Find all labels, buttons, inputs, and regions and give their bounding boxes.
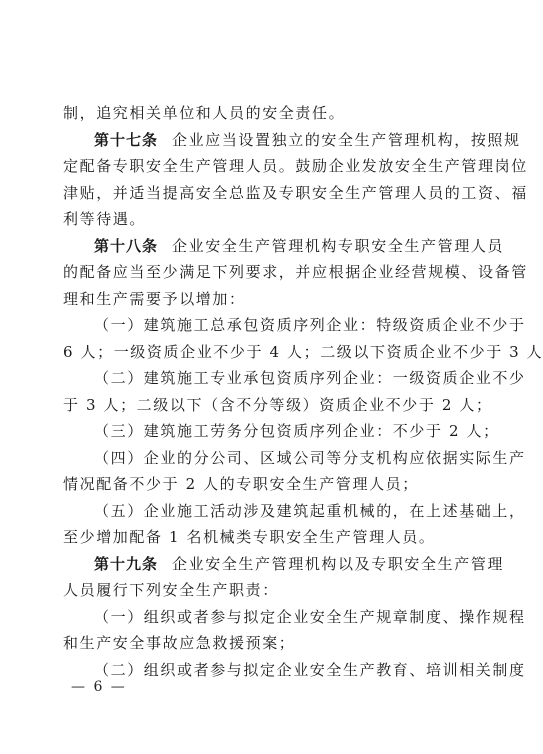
line-text: （五）企业施工活动涉及建筑起重机械的，在上述基础上， [94, 502, 526, 520]
document-page: 制，追究相关单位和人员的安全责任。 第十七条企业应当设置独立的安全生产管理机构，… [0, 0, 543, 754]
line-text: 的配备应当至少满足下列要求，并应根据企业经营规模、设备管 [63, 263, 528, 281]
line-text: 企业安全生产管理机构以及专职安全生产管理 [172, 555, 504, 573]
article-17-heading-line: 第十七条企业应当设置独立的安全生产管理机构，按照规 [94, 127, 471, 153]
text-line: 津贴，并适当提高安全总监及专职安全生产管理人员的工资、福 [63, 180, 471, 206]
text-line: 情况配备不少于 2 人的专职安全生产管理人员； [63, 471, 471, 497]
list-item-line: （二）组织或者参与拟定企业安全生产教育、培训相关制度 [94, 657, 471, 683]
line-text: 定配备专职安全生产管理人员。鼓励企业发放安全生产管理岗位 [63, 157, 528, 175]
text-line: 人员履行下列安全生产职责： [63, 577, 471, 603]
line-text: 和生产安全事故应急救援预案； [63, 634, 295, 652]
text-line: 至少增加配备 1 名机械类专职安全生产管理人员。 [63, 524, 471, 550]
text-line: 的配备应当至少满足下列要求，并应根据企业经营规模、设备管 [63, 259, 471, 285]
text-line: 定配备专职安全生产管理人员。鼓励企业发放安全生产管理岗位 [63, 153, 471, 179]
article-19-heading-line: 第十九条企业安全生产管理机构以及专职安全生产管理 [94, 551, 471, 577]
line-text: 制，追究相关单位和人员的安全责任。 [63, 104, 345, 122]
text-line: 制，追究相关单位和人员的安全责任。 [63, 100, 471, 126]
article-number: 第十九条 [94, 555, 158, 573]
line-text: （四）企业的分公司、区域公司等分支机构应依据实际生产 [94, 449, 526, 467]
text-line: 6 人；一级资质企业不少于 4 人；二级以下资质企业不少于 3 人； [63, 339, 471, 365]
line-text: （一）建筑施工总承包资质序列企业：特级资质企业不少于 [94, 316, 526, 334]
line-text: 利等待遇。 [63, 210, 146, 228]
line-text: 理和生产需要予以增加： [63, 290, 246, 308]
text-line: 于 3 人；二级以下（含不分等级）资质企业不少于 2 人； [63, 392, 471, 418]
line-text: 情况配备不少于 2 人的专职安全生产管理人员； [63, 475, 419, 493]
page-number: — 6 — [71, 677, 127, 697]
article-number: 第十七条 [94, 131, 158, 149]
line-text: 6 人；一级资质企业不少于 4 人；二级以下资质企业不少于 3 人； [63, 343, 543, 361]
line-text: 人员履行下列安全生产职责： [63, 581, 279, 599]
line-text: （三）建筑施工劳务分包资质序列企业：不少于 2 人； [94, 422, 500, 440]
line-text: 津贴，并适当提高安全总监及专职安全生产管理人员的工资、福 [63, 184, 528, 202]
text-line: 和生产安全事故应急救援预案； [63, 630, 471, 656]
text-line: 利等待遇。 [63, 206, 471, 232]
list-item-line: （二）建筑施工专业承包资质序列企业：一级资质企业不少 [94, 365, 471, 391]
list-item-line: （一）建筑施工总承包资质序列企业：特级资质企业不少于 [94, 312, 471, 338]
list-item-line: （五）企业施工活动涉及建筑起重机械的，在上述基础上， [94, 498, 471, 524]
line-text: 企业应当设置独立的安全生产管理机构，按照规 [172, 131, 521, 149]
line-text: （二）组织或者参与拟定企业安全生产教育、培训相关制度 [94, 661, 526, 679]
list-item-line: （三）建筑施工劳务分包资质序列企业：不少于 2 人； [94, 418, 471, 444]
list-item-line: （一）组织或者参与拟定企业安全生产规章制度、操作规程 [94, 604, 471, 630]
line-text: （二）建筑施工专业承包资质序列企业：一级资质企业不少 [94, 369, 526, 387]
line-text: 至少增加配备 1 名机械类专职安全生产管理人员。 [63, 528, 435, 546]
line-text: 企业安全生产管理机构专职安全生产管理人员 [172, 237, 504, 255]
article-18-heading-line: 第十八条企业安全生产管理机构专职安全生产管理人员 [94, 233, 471, 259]
line-text: （一）组织或者参与拟定企业安全生产规章制度、操作规程 [94, 608, 526, 626]
article-number: 第十八条 [94, 237, 158, 255]
line-text: 于 3 人；二级以下（含不分等级）资质企业不少于 2 人； [63, 396, 493, 414]
text-line: 理和生产需要予以增加： [63, 286, 471, 312]
list-item-line: （四）企业的分公司、区域公司等分支机构应依据实际生产 [94, 445, 471, 471]
